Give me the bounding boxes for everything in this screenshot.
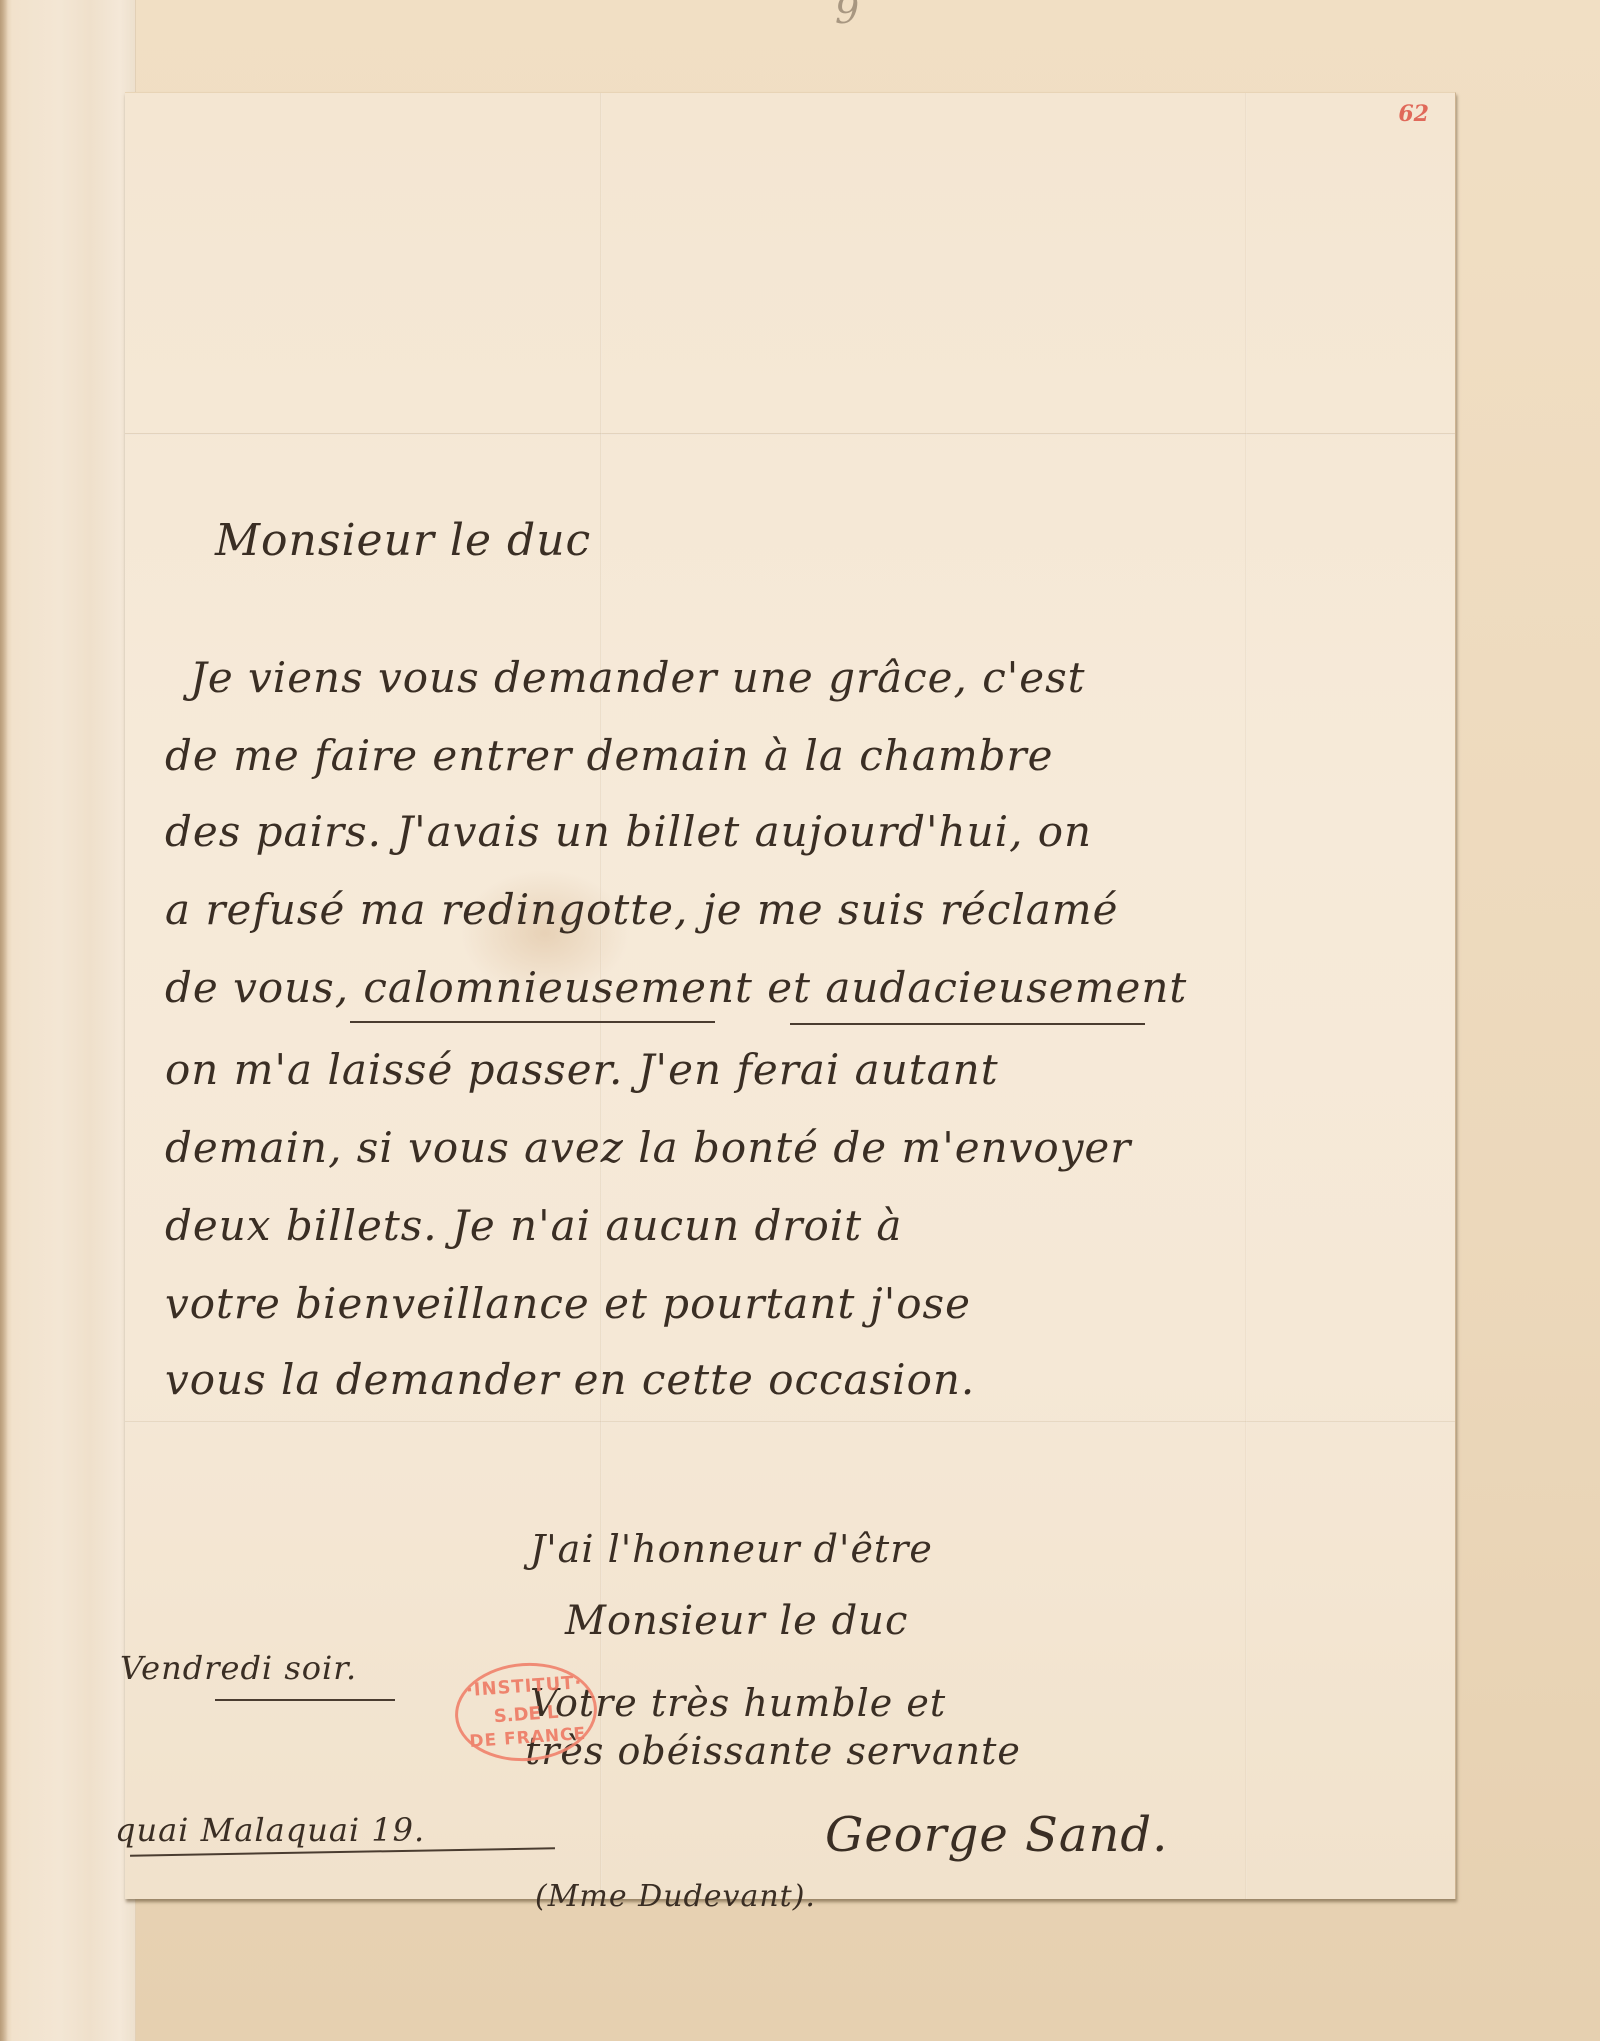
body-line: des pairs. J'avais un billet aujourd'hui…	[165, 807, 1092, 856]
salutation: Monsieur le duc	[215, 515, 591, 566]
date-note: Vendredi soir.	[120, 1649, 357, 1687]
closing-line: très obéissante servante	[525, 1729, 1021, 1773]
fold-crease	[125, 433, 1455, 435]
fold-crease	[125, 1421, 1455, 1423]
closing-line: Monsieur le duc	[565, 1598, 908, 1644]
body-line: votre bienveillance et pourtant j'ose	[165, 1279, 971, 1328]
date-underline	[215, 1699, 395, 1701]
signature: George Sand.	[825, 1807, 1168, 1863]
body-line: on m'a laissé passer. J'en ferai autant	[165, 1045, 999, 1094]
body-line: a refusé ma redingotte, je me suis récla…	[165, 885, 1119, 934]
body-line: demain, si vous avez la bonté de m'envoy…	[165, 1123, 1131, 1172]
body-line: deux billets. Je n'ai aucun droit à	[165, 1201, 902, 1250]
stamp-line: ·INSTITUT·	[456, 1671, 593, 1701]
letter-sheet: 62 Monsieur le duc Je viens vous demande…	[125, 92, 1456, 1899]
top-pencil-mark: 9	[835, 0, 915, 40]
underline-audacieusement	[790, 1023, 1145, 1025]
album-gutter	[0, 0, 136, 2041]
address-note: quai Malaquai 19.	[115, 1811, 425, 1849]
gutter-shadow	[0, 0, 8, 2041]
closing-line: J'ai l'honneur d'être	[530, 1527, 933, 1571]
body-line: Je viens vous demander une grâce, c'est	[190, 653, 1086, 702]
signature-note: (Mme Dudevant).	[535, 1879, 816, 1914]
folio-number: 62	[1398, 101, 1429, 127]
body-line: vous la demander en cette occasion.	[165, 1355, 975, 1404]
fold-crease	[1245, 93, 1247, 1899]
underline-calomnieusement	[350, 1021, 715, 1023]
body-line: de me faire entrer demain à la chambre	[165, 731, 1053, 780]
body-line: de vous, calomnieusement et audacieuseme…	[165, 963, 1187, 1012]
